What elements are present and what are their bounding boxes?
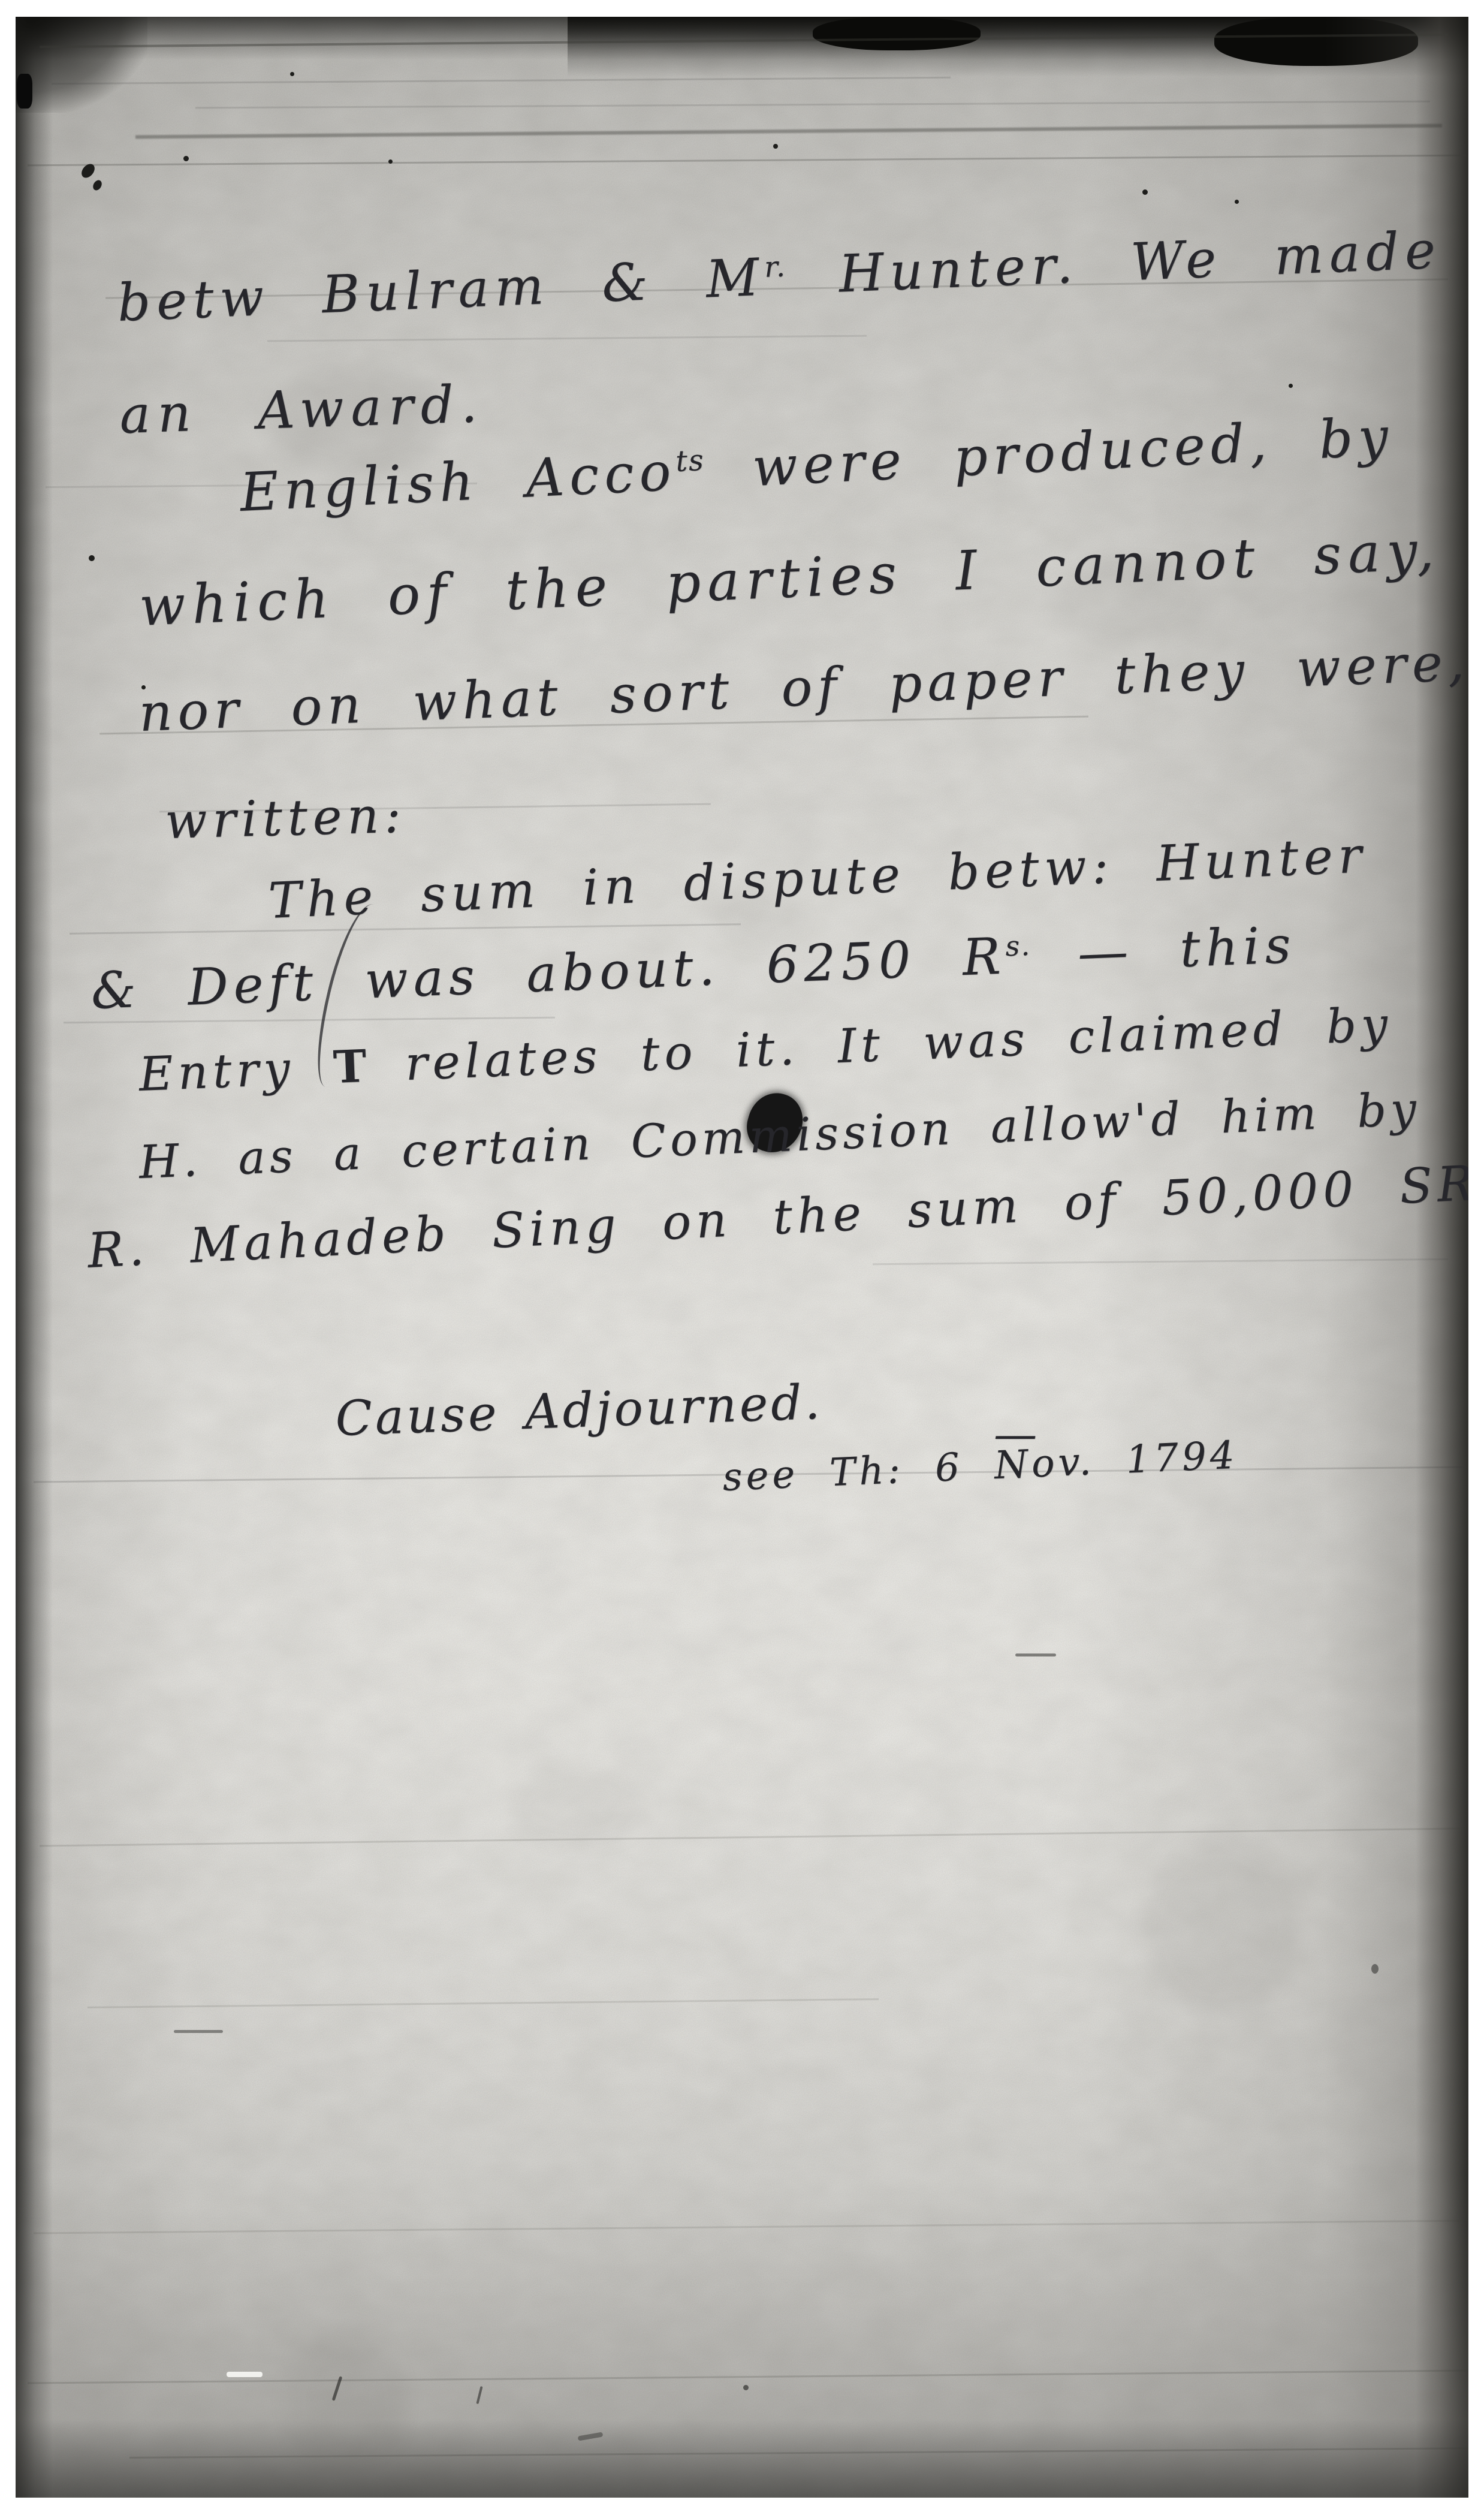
stray-dash xyxy=(174,2030,223,2033)
handwritten-line: written: xyxy=(164,787,407,850)
book-edge-blob xyxy=(813,17,981,50)
ink-speck xyxy=(388,159,393,164)
line-text: an Award. xyxy=(119,374,485,445)
white-scratch xyxy=(227,2372,263,2377)
ink-speck xyxy=(89,555,95,561)
ink-speck xyxy=(1235,200,1239,204)
page-edge-bottom xyxy=(16,2420,1468,2498)
line-text: Entry xyxy=(138,1040,334,1102)
stain xyxy=(285,2325,405,2481)
handwritten-line: an Award. xyxy=(119,374,485,445)
line-superscript: ts xyxy=(675,444,705,478)
scanned-manuscript: { "manuscript": { "lines": [ {"pre": "be… xyxy=(0,0,1484,2518)
line-superscript: s. xyxy=(1005,929,1031,963)
stain xyxy=(1142,1836,1298,2016)
ink-speck xyxy=(183,156,189,161)
ink-speck xyxy=(1142,189,1148,195)
ink-speck xyxy=(290,72,294,76)
scan-edge-mark xyxy=(17,74,32,109)
line-superscript: r. xyxy=(764,251,787,284)
photo-of-page: betw Bulram & Mr. Hunter. We made an Awa… xyxy=(16,17,1468,2498)
stray-dash xyxy=(1015,1653,1056,1656)
ink-speck xyxy=(1289,384,1293,388)
entry-reference-mark: T xyxy=(332,1040,367,1094)
ink-speck xyxy=(743,2385,749,2390)
stain xyxy=(507,1764,651,1848)
manuscript-page: betw Bulram & Mr. Hunter. We made an Awa… xyxy=(16,17,1468,2498)
line-text: written: xyxy=(164,787,407,850)
ink-speck xyxy=(1371,1964,1379,1974)
line-text: — this xyxy=(1030,915,1298,984)
ink-speck xyxy=(773,144,778,149)
